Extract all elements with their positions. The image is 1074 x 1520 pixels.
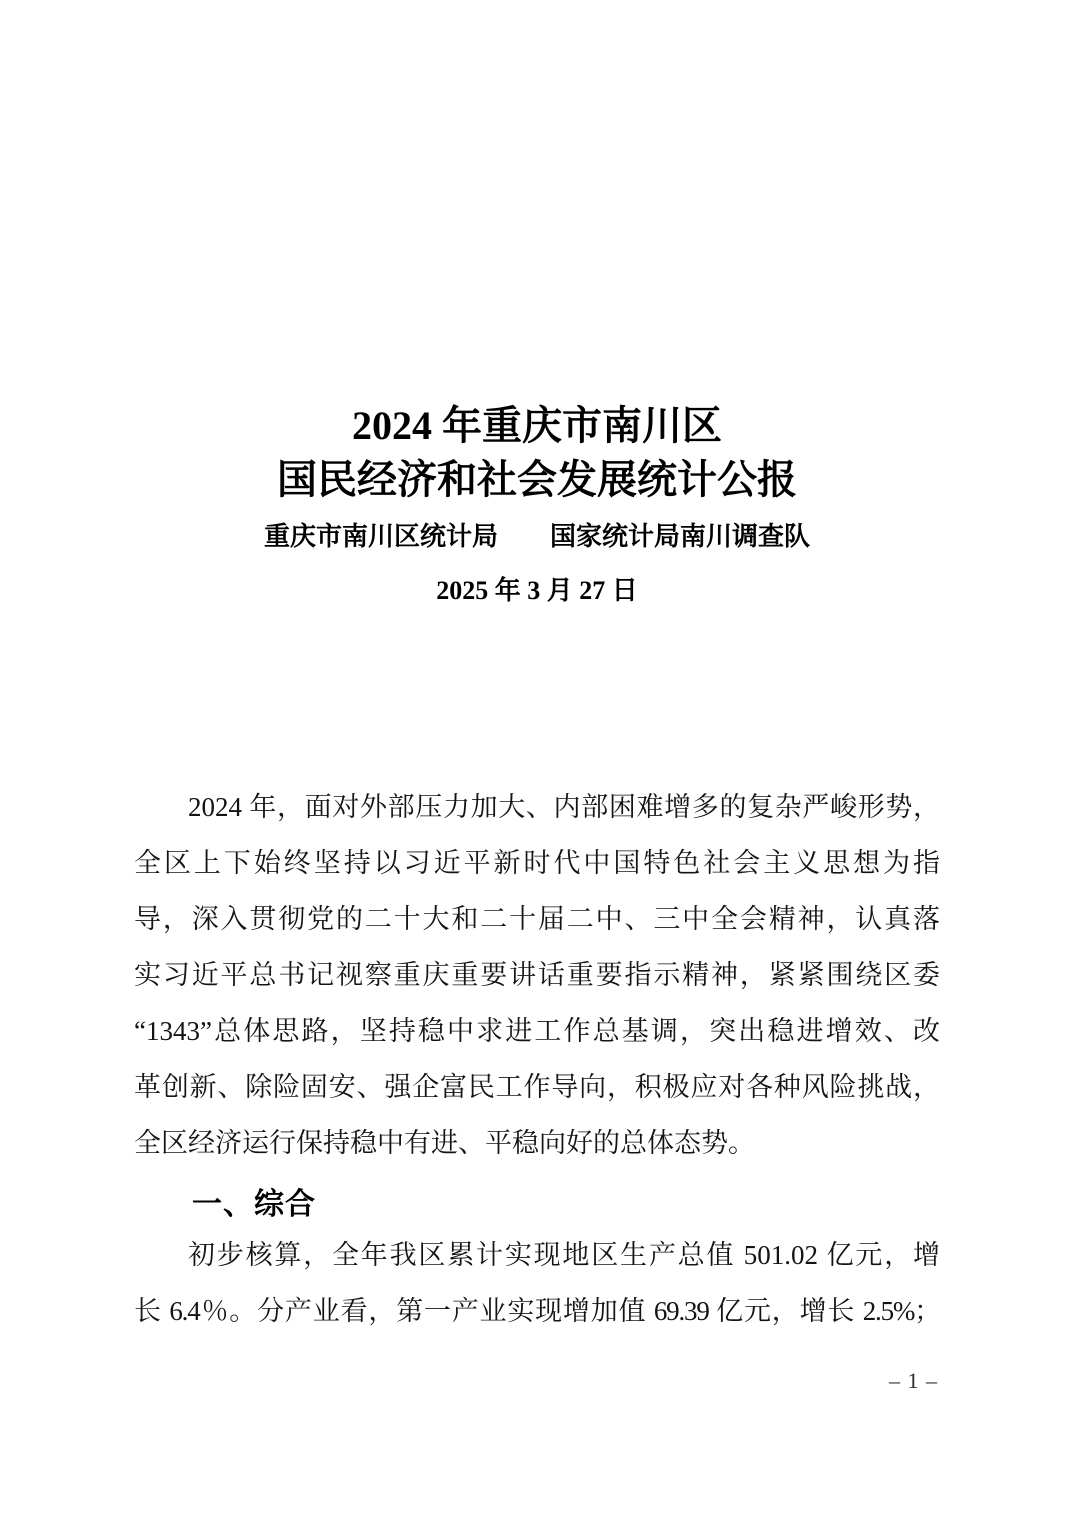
publish-date: 2025 年 3 月 27 日 [0, 573, 1074, 609]
intro-paragraph-line: 导，深入贯彻党的二十大和二十届二中、三中全会精神，认真落 [134, 891, 940, 947]
document-title-line-2: 国民经济和社会发展统计公报 [0, 456, 1074, 504]
document-body: 2024 年，面对外部压力加大、内部困难增多的复杂严峻形势， 全区上下始终坚持以… [134, 779, 940, 1339]
intro-paragraph-line: 全区上下始终坚持以习近平新时代中国特色社会主义思想为指 [134, 835, 940, 891]
intro-paragraph-line: 革创新、除险固安、强企富民工作导向，积极应对各种风险挑战， [134, 1059, 940, 1115]
intro-paragraph-line: “1343”总体思路，坚持稳中求进工作总基调，突出稳进增效、改 [134, 1003, 940, 1059]
intro-paragraph-line: 2024 年，面对外部压力加大、内部困难增多的复杂严峻形势， [134, 779, 940, 835]
intro-paragraph-line: 实习近平总书记视察重庆重要讲话重要指示精神，紧紧围绕区委 [134, 947, 940, 1003]
document-title-line-1: 2024 年重庆市南川区 [0, 402, 1074, 450]
page-number: – 1 – [889, 1366, 938, 1396]
section-1-paragraph: 初步核算，全年我区累计实现地区生产总值 501.02 亿元，增 长 6.4％。分… [134, 1227, 940, 1339]
intro-paragraph: 2024 年，面对外部压力加大、内部困难增多的复杂严峻形势， 全区上下始终坚持以… [134, 779, 940, 1171]
document-page: 2024 年重庆市南川区 国民经济和社会发展统计公报 重庆市南川区统计局 国家统… [0, 0, 1074, 1520]
issuing-agencies-byline: 重庆市南川区统计局 国家统计局南川调查队 [0, 519, 1074, 555]
section-1-paragraph-line: 初步核算，全年我区累计实现地区生产总值 501.02 亿元，增 [134, 1227, 940, 1283]
section-1-paragraph-line: 长 6.4％。分产业看，第一产业实现增加值 69.39 亿元，增长 2.5%； [134, 1283, 940, 1339]
intro-paragraph-line: 全区经济运行保持稳中有进、平稳向好的总体态势。 [134, 1115, 940, 1171]
section-heading-comprehensive: 一、综合 [134, 1183, 940, 1227]
